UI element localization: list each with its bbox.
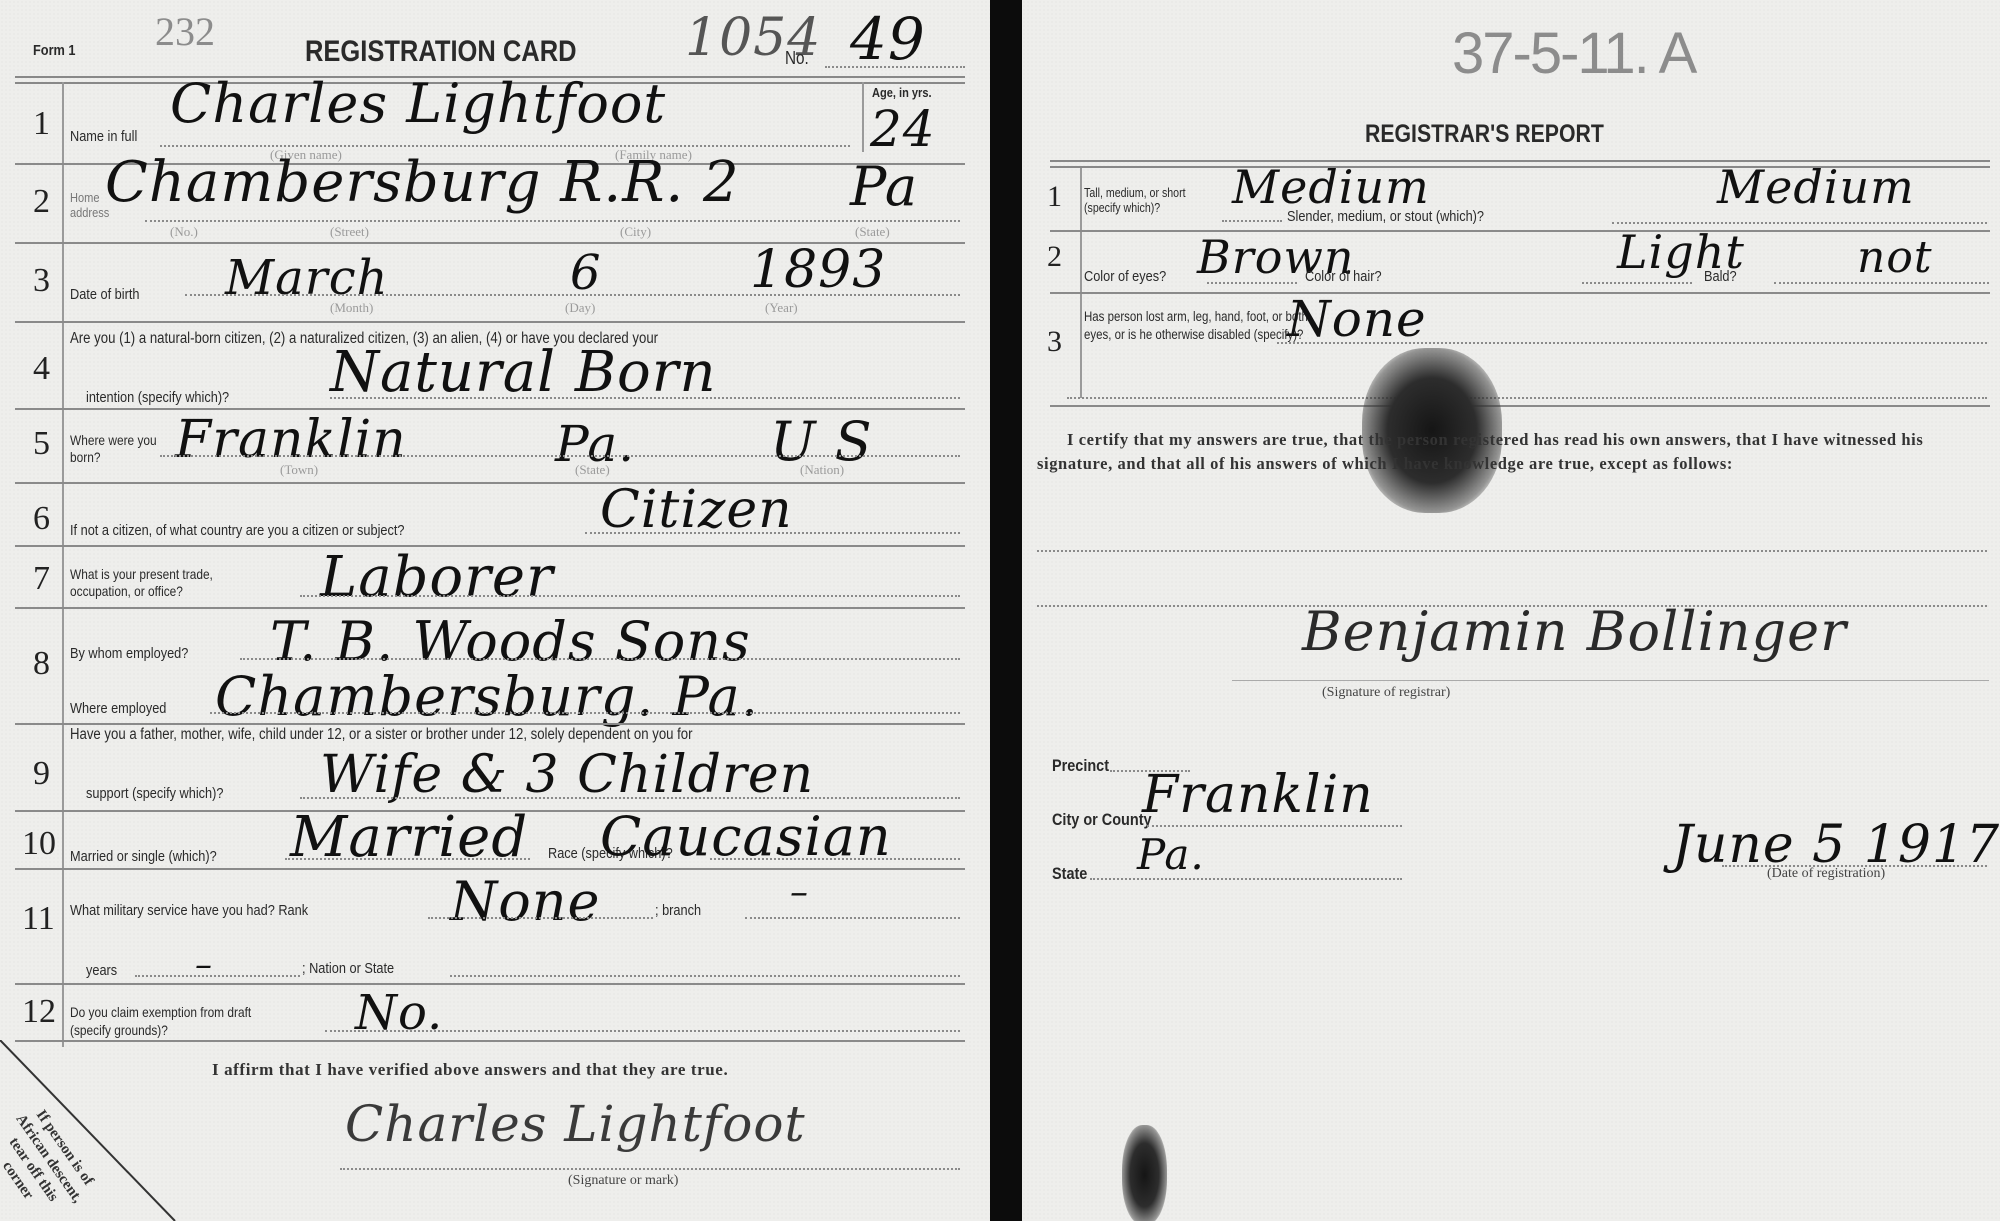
no-caption: (No.) <box>170 224 198 240</box>
registration-date-caption: (Date of registration) <box>1767 866 1885 882</box>
branch-value: – <box>790 872 809 913</box>
dependents-question: Have you a father, mother, wife, child u… <box>70 726 693 744</box>
disability-value: None <box>1287 290 1427 348</box>
no-label: No. <box>785 48 809 69</box>
citizenship-value: Natural Born <box>330 340 717 405</box>
registrar-report-title: REGISTRAR'S REPORT <box>1365 120 1604 149</box>
height-value: Medium <box>1232 160 1430 214</box>
dependents-value: Wife & 3 Children <box>320 745 814 805</box>
field-number-1: 1 <box>33 105 50 143</box>
card-number: 49 <box>850 5 926 73</box>
eye-color-label: Color of eyes? <box>1084 268 1166 285</box>
card-title: REGISTRATION CARD <box>305 35 577 69</box>
marital-label: Married or single (which)? <box>70 848 217 865</box>
serial-stamp: 232 <box>155 8 215 55</box>
month-caption: (Month) <box>330 300 373 316</box>
height-label: Tall, medium, or short (specify which)? <box>1084 186 1212 216</box>
field-number-9: 9 <box>33 755 50 793</box>
foreign-citizen-value: Citizen <box>600 480 793 540</box>
home-state-value: Pa <box>850 155 918 218</box>
nation-state-label: ; Nation or State <box>302 960 394 977</box>
foreign-citizen-question: If not a citizen, of what country are yo… <box>70 522 405 539</box>
branch-label: ; branch <box>655 902 701 919</box>
registrar-signature-caption: (Signature of registrar) <box>1322 685 1450 701</box>
exemption-label: Do you claim exemption from draft (speci… <box>70 1003 278 1039</box>
dependents-question-2: support (specify which)? <box>86 785 223 802</box>
day-caption: (Day) <box>565 300 595 316</box>
birthplace-town: Franklin <box>175 410 407 470</box>
field-number-4: 4 <box>33 350 50 388</box>
birthplace-label: Where were you born? <box>70 432 164 466</box>
age-value: 24 <box>870 100 936 158</box>
age-label: Age, in yrs. <box>872 85 932 100</box>
employer-value: T. B. Woods Sons <box>270 610 751 673</box>
hair-color-label: Color of hair? <box>1305 268 1382 285</box>
signature-caption: (Signature or mark) <box>568 1173 678 1189</box>
years-label: years <box>86 962 117 979</box>
name-label: Name in full <box>70 128 137 145</box>
build-label: Slender, medium, or stout (which)? <box>1287 208 1484 225</box>
town-caption: (Town) <box>280 462 318 478</box>
field-number-3: 3 <box>33 262 50 300</box>
field-number-10: 10 <box>22 825 56 863</box>
state-caption: (State) <box>855 224 890 240</box>
field-number-12: 12 <box>22 993 56 1031</box>
dob-day: 6 <box>570 245 602 301</box>
city-county-value: Franklin <box>1142 765 1374 825</box>
file-stamp: 37-5-11. A <box>1452 20 1695 87</box>
occupation-value: Laborer <box>320 545 554 610</box>
registrar-signature: Benjamin Bollinger <box>1302 600 1847 663</box>
precinct-label: Precinct <box>1052 756 1109 776</box>
registration-card-back: 37-5-11. A REGISTRAR'S REPORT 1 Tall, me… <box>1022 0 2000 1221</box>
build-value: Medium <box>1717 160 1915 214</box>
field-number-2: 2 <box>33 183 50 221</box>
employment-location-label: Where employed <box>70 700 166 717</box>
name-value: Charles Lightfoot <box>170 72 666 135</box>
registration-card-front: Form 1 232 REGISTRATION CARD 1054 No. 49… <box>0 0 990 1221</box>
dob-year: 1893 <box>750 240 886 300</box>
certification-text: I certify that my answers are true, that… <box>1037 428 1985 476</box>
state-label: State <box>1052 864 1087 884</box>
employer-label: By whom employed? <box>70 645 188 662</box>
state-caption-5: (State) <box>575 462 610 478</box>
occupation-label: What is your present trade, occupation, … <box>70 566 274 600</box>
field-number-6: 6 <box>33 500 50 538</box>
back-field-number-1: 1 <box>1047 180 1062 214</box>
field-number-7: 7 <box>33 560 50 598</box>
exemption-value: No. <box>355 985 443 1041</box>
state-value: Pa. <box>1137 830 1205 879</box>
city-county-label: City or County <box>1052 810 1152 830</box>
bald-label: Bald? <box>1704 268 1737 285</box>
back-field-number-2: 2 <box>1047 240 1062 274</box>
city-caption: (City) <box>620 224 651 240</box>
form-label: Form 1 <box>33 42 76 59</box>
street-caption: (Street) <box>330 224 369 240</box>
nation-caption: (Nation) <box>800 462 844 478</box>
thumb-smudge <box>1122 1125 1167 1221</box>
military-service-label: What military service have you had? Rank <box>70 902 308 919</box>
year-caption: (Year) <box>765 300 798 316</box>
affirmation-text: I affirm that I have verified above answ… <box>212 1058 728 1082</box>
field-number-5: 5 <box>33 425 50 463</box>
field-number-8: 8 <box>33 645 50 683</box>
field-number-11: 11 <box>22 900 55 938</box>
back-field-number-3: 3 <box>1047 325 1062 359</box>
marital-value: Married <box>290 805 528 870</box>
bald-value: not <box>1857 232 1933 283</box>
military-rank-value: None <box>450 870 601 933</box>
disability-label: Has person lost arm, leg, hand, foot, or… <box>1084 308 1314 344</box>
registrant-signature: Charles Lightfoot <box>345 1095 806 1153</box>
dob-month: March <box>225 250 389 306</box>
home-address-value: Chambersburg R.R. 2 <box>105 150 740 215</box>
dob-label: Date of birth <box>70 286 139 303</box>
years-value: – <box>195 945 213 985</box>
citizenship-question-2: intention (specify which)? <box>86 389 229 406</box>
employment-location-value: Chambersburg. Pa. <box>215 665 759 728</box>
